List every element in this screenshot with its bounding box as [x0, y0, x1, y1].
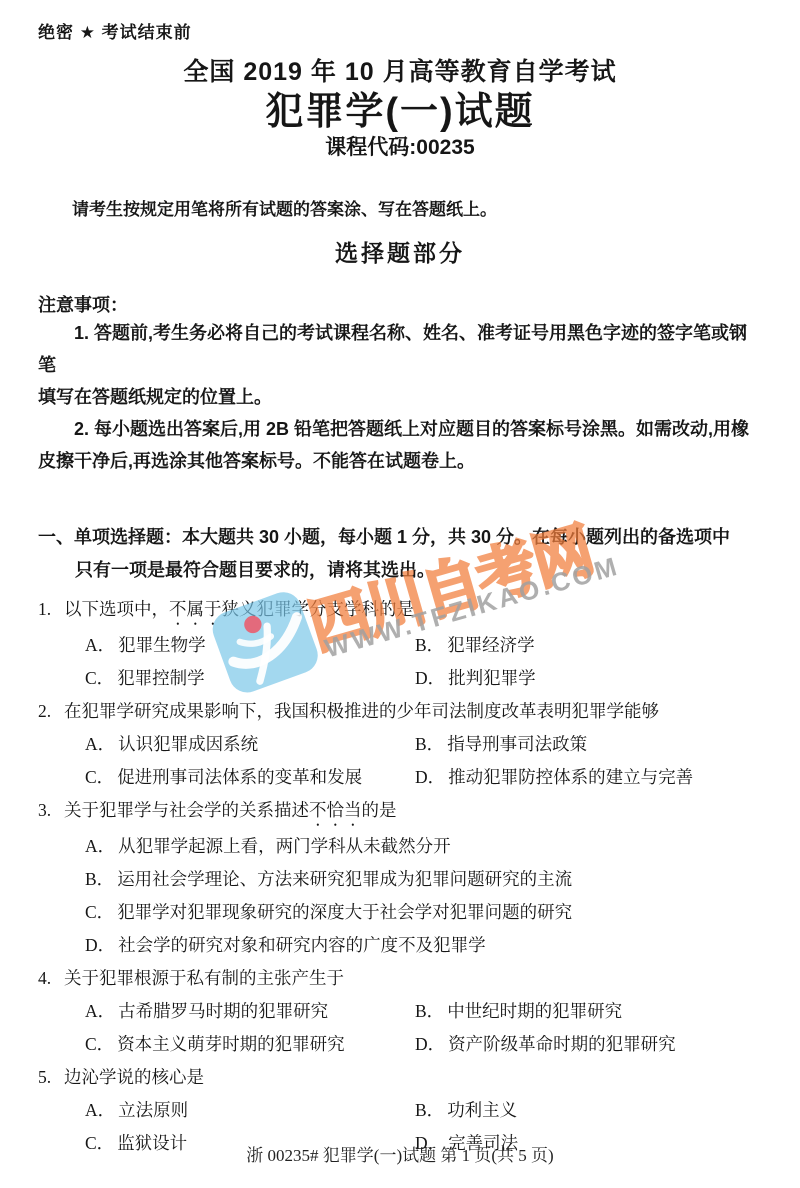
stem-text: 关于犯罪根源于私有制的主张产生于: [64, 968, 344, 988]
part-one-heading-line-2: 只有一项是最符合题目要求的，请将其选出。: [38, 554, 762, 587]
course-code: 课程代码:00235: [38, 135, 762, 161]
part-one-heading-line-1: 一、单项选择题：本大题共 30 小题，每小题 1 分，共 30 分。在每小题列出…: [38, 521, 762, 554]
option-text: 指导刑事司法政策: [447, 734, 587, 754]
stem-text: 以下选项中，: [64, 599, 169, 619]
part-one-heading: 一、单项选择题：本大题共 30 小题，每小题 1 分，共 30 分。在每小题列出…: [38, 521, 762, 587]
option-label: B．: [415, 1100, 444, 1120]
question-4: 4.关于犯罪根源于私有制的主张产生于 A．古希腊罗马时期的犯罪研究 B．中世纪时…: [38, 962, 762, 1061]
option-b: B．犯罪经济学: [415, 629, 762, 662]
stem-emphasized-text: 不属于: [169, 599, 222, 619]
option-c: C．犯罪学对犯罪现象研究的深度大于社会学对犯罪问题的研究: [85, 896, 762, 929]
page-footer: 浙 00235# 犯罪学(一)试题 第 1 页(共 5 页): [0, 1141, 800, 1166]
answer-instruction: 请考生按规定用笔将所有试题的答案涂、写在答题纸上。: [38, 197, 762, 223]
question-number: 4.: [38, 962, 64, 995]
option-label: B．: [415, 734, 444, 754]
option-label: C．: [85, 1034, 114, 1054]
option-text: 认识犯罪成因系统: [118, 734, 258, 754]
option-b: B．运用社会学理论、方法来研究犯罪成为犯罪问题研究的主流: [85, 863, 762, 896]
option-text: 犯罪控制学: [117, 668, 205, 688]
question-3: 3.关于犯罪学与社会学的关系描述不恰当的是 A．从犯罪学起源上看，两门学科从未截…: [38, 794, 762, 962]
option-label: D．: [85, 935, 115, 955]
option-text: 批判犯罪学: [448, 668, 536, 688]
option-label: D．: [415, 668, 445, 688]
question-number: 2.: [38, 695, 64, 728]
option-label: A．: [85, 734, 115, 754]
notice-item-2-line-2: 皮擦干净后,再选涂其他答案标号。不能答在试题卷上。: [38, 445, 762, 477]
option-text: 功利主义: [447, 1100, 517, 1120]
question-2: 2.在犯罪学研究成果影响下，我国积极推进的少年司法制度改革表明犯罪学能够 A．认…: [38, 695, 762, 794]
question-list: 1.以下选项中，不属于狭义犯罪学分支学科的是 A．犯罪生物学 B．犯罪经济学 C…: [38, 593, 762, 1160]
question-4-options: A．古希腊罗马时期的犯罪研究 B．中世纪时期的犯罪研究 C．资本主义萌芽时期的犯…: [38, 995, 762, 1061]
option-label: A．: [85, 1001, 115, 1021]
notice-item-2-line-1: 2. 每小题选出答案后,用 2B 铅笔把答题纸上对应题目的答案标号涂黑。如需改动…: [38, 413, 762, 445]
option-c: C．资本主义萌芽时期的犯罪研究: [85, 1028, 415, 1061]
stem-text: 边沁学说的核心是: [64, 1067, 204, 1087]
option-text: 资本主义萌芽时期的犯罪研究: [117, 1034, 345, 1054]
option-b: B．指导刑事司法政策: [415, 728, 762, 761]
option-c: C．促进刑事司法体系的变革和发展: [85, 761, 415, 794]
stem-text: 的是: [362, 800, 397, 820]
section-heading: 选择题部分: [38, 239, 762, 267]
exam-paper-page: 绝密 ★ 考试结束前 全国 2019 年 10 月高等教育自学考试 犯罪学(一)…: [0, 0, 800, 1188]
option-text: 犯罪学对犯罪现象研究的深度大于社会学对犯罪问题的研究: [117, 902, 572, 922]
option-a: A．立法原则: [85, 1094, 415, 1127]
option-label: B．: [415, 1001, 444, 1021]
option-text: 立法原则: [118, 1100, 188, 1120]
option-label: B．: [85, 869, 114, 889]
stem-emphasized-text: 不恰当: [309, 800, 362, 820]
notice-item-1-line-1: 1. 答题前,考生务必将自己的考试课程名称、姓名、准考证号用黑色字迹的签字笔或钢…: [38, 317, 762, 381]
notice-title: 注意事项：: [38, 293, 762, 317]
question-1-stem: 1.以下选项中，不属于狭义犯罪学分支学科的是: [38, 593, 762, 629]
option-text: 犯罪经济学: [447, 635, 535, 655]
question-4-stem: 4.关于犯罪根源于私有制的主张产生于: [38, 962, 762, 995]
question-number: 3.: [38, 794, 64, 827]
option-d: D．批判犯罪学: [415, 662, 762, 695]
question-2-stem: 2.在犯罪学研究成果影响下，我国积极推进的少年司法制度改革表明犯罪学能够: [38, 695, 762, 728]
option-a: A．犯罪生物学: [85, 629, 415, 662]
option-text: 从犯罪学起源上看，两门学科从未截然分开: [118, 836, 451, 856]
option-text: 古希腊罗马时期的犯罪研究: [118, 1001, 328, 1021]
option-label: B．: [415, 635, 444, 655]
notice-item-1-line-2: 填写在答题纸规定的位置上。: [38, 381, 762, 413]
option-d: D．推动犯罪防控体系的建立与完善: [415, 761, 762, 794]
option-a: A．认识犯罪成因系统: [85, 728, 415, 761]
option-text: 推动犯罪防控体系的建立与完善: [448, 767, 693, 787]
paper-title: 犯罪学(一)试题: [38, 89, 762, 135]
exam-session-title: 全国 2019 年 10 月高等教育自学考试: [38, 57, 762, 87]
stem-text: 在犯罪学研究成果影响下，我国积极推进的少年司法制度改革表明犯罪学能够: [64, 701, 659, 721]
option-label: C．: [85, 668, 114, 688]
option-d: D．资产阶级革命时期的犯罪研究: [415, 1028, 762, 1061]
question-1-options: A．犯罪生物学 B．犯罪经济学 C．犯罪控制学 D．批判犯罪学: [38, 629, 762, 695]
option-label: C．: [85, 902, 114, 922]
option-label: D．: [415, 1034, 445, 1054]
question-number: 5.: [38, 1061, 64, 1094]
option-b: B．中世纪时期的犯罪研究: [415, 995, 762, 1028]
option-d: D．社会学的研究对象和研究内容的广度不及犯罪学: [85, 929, 762, 962]
question-5-stem: 5.边沁学说的核心是: [38, 1061, 762, 1094]
option-text: 社会学的研究对象和研究内容的广度不及犯罪学: [118, 935, 486, 955]
option-b: B．功利主义: [415, 1094, 762, 1127]
option-a: A．从犯罪学起源上看，两门学科从未截然分开: [85, 830, 762, 863]
option-label: A．: [85, 836, 115, 856]
option-label: C．: [85, 767, 114, 787]
question-1: 1.以下选项中，不属于狭义犯罪学分支学科的是 A．犯罪生物学 B．犯罪经济学 C…: [38, 593, 762, 695]
option-text: 运用社会学理论、方法来研究犯罪成为犯罪问题研究的主流: [117, 869, 572, 889]
option-label: A．: [85, 635, 115, 655]
question-3-options: A．从犯罪学起源上看，两门学科从未截然分开 B．运用社会学理论、方法来研究犯罪成…: [38, 830, 762, 962]
option-c: C．犯罪控制学: [85, 662, 415, 695]
stem-text: 关于犯罪学与社会学的关系描述: [64, 800, 309, 820]
question-3-stem: 3.关于犯罪学与社会学的关系描述不恰当的是: [38, 794, 762, 830]
option-label: A．: [85, 1100, 115, 1120]
option-label: D．: [415, 767, 445, 787]
option-text: 促进刑事司法体系的变革和发展: [117, 767, 362, 787]
option-a: A．古希腊罗马时期的犯罪研究: [85, 995, 415, 1028]
option-text: 资产阶级革命时期的犯罪研究: [448, 1034, 676, 1054]
security-notice: 绝密 ★ 考试结束前: [38, 18, 762, 43]
option-text: 中世纪时期的犯罪研究: [447, 1001, 622, 1021]
question-2-options: A．认识犯罪成因系统 B．指导刑事司法政策 C．促进刑事司法体系的变革和发展 D…: [38, 728, 762, 794]
option-text: 犯罪生物学: [118, 635, 206, 655]
stem-text: 狭义犯罪学分支学科的是: [222, 599, 415, 619]
question-number: 1.: [38, 593, 64, 626]
